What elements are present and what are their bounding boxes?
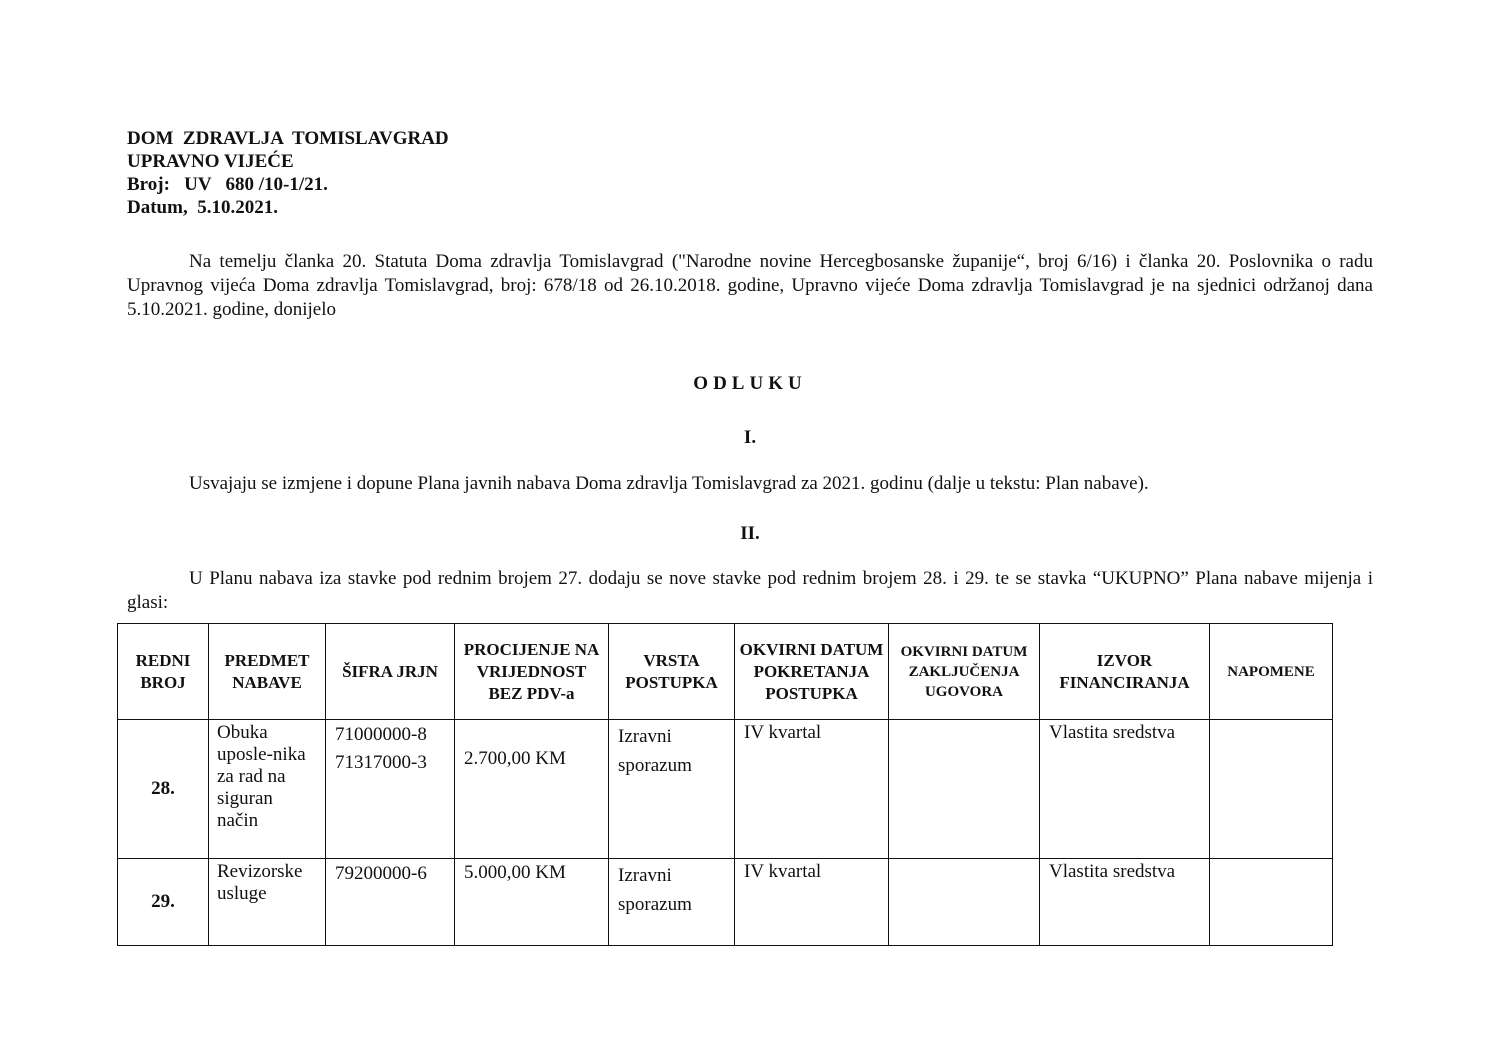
- section-1-text: Usvajaju se izmjene i dopune Plana javni…: [189, 473, 1149, 494]
- cell-pokretanje: IV kvartal: [735, 720, 889, 859]
- header-napomene: NAPOMENE: [1210, 624, 1333, 720]
- header-sifra-jrjn: ŠIFRA JRJN: [326, 624, 455, 720]
- cpv-code: 79200000-6: [335, 860, 445, 888]
- preamble-text: Na temelju članka 20. Statuta Doma zdrav…: [127, 251, 1373, 320]
- header-redni-broj: REDNI BROJ: [118, 624, 209, 720]
- cell-redni-broj: 28.: [118, 720, 209, 859]
- cell-zakljucenje: [889, 720, 1040, 859]
- cell-vrsta: Izravni sporazum: [609, 720, 735, 859]
- header-izvor-financiranja: IZVOR FINANCIRANJA: [1040, 624, 1210, 720]
- cell-izvor: Vlastita sredstva: [1040, 720, 1210, 859]
- cpv-code: 71000000-8: [335, 721, 445, 749]
- section-1-paragraph: Usvajaju se izmjene i dopune Plana javni…: [127, 472, 1373, 496]
- cell-vrijednost: 2.700,00 KM: [455, 720, 609, 859]
- cell-vrijednost: 5.000,00 KM: [455, 859, 609, 946]
- table-row: 29. Revizorske usluge 79200000-6 5.000,0…: [118, 859, 1333, 946]
- cell-predmet: Obuka uposle-nika za rad na siguran nači…: [209, 720, 326, 859]
- section-2-text: U Planu nabava iza stavke pod rednim bro…: [127, 568, 1373, 613]
- cell-pokretanje: IV kvartal: [735, 859, 889, 946]
- cell-sifre: 79200000-6: [326, 859, 455, 946]
- section-2-paragraph: U Planu nabava iza stavke pod rednim bro…: [127, 567, 1373, 615]
- document-number: Broj: UV 680 /10-1/21.: [127, 173, 449, 196]
- cell-napomene: [1210, 720, 1333, 859]
- header-datum-pokretanja: OKVIRNI DATUM POKRETANJA POSTUPKA: [735, 624, 889, 720]
- cell-vrsta: Izravni sporazum: [609, 859, 735, 946]
- procurement-plan-table: REDNI BROJ PREDMET NABAVE ŠIFRA JRJN PRO…: [117, 623, 1333, 946]
- document-header: DOM ZDRAVLJA TOMISLAVGRAD UPRAVNO VIJEĆE…: [127, 127, 449, 219]
- institution-name: DOM ZDRAVLJA TOMISLAVGRAD: [127, 127, 449, 150]
- table-row: 28. Obuka uposle-nika za rad na siguran …: [118, 720, 1333, 859]
- table-header-row: REDNI BROJ PREDMET NABAVE ŠIFRA JRJN PRO…: [118, 624, 1333, 720]
- header-predmet-nabave: PREDMET NABAVE: [209, 624, 326, 720]
- cpv-code: 71317000-3: [335, 749, 445, 777]
- cell-sifre: 71000000-8 71317000-3: [326, 720, 455, 859]
- cell-napomene: [1210, 859, 1333, 946]
- header-procijenjena-vrijednost: PROCIJENJE NA VRIJEDNOST BEZ PDV-a: [455, 624, 609, 720]
- section-1-numeral: I.: [0, 427, 1500, 449]
- header-vrsta-postupka: VRSTA POSTUPKA: [609, 624, 735, 720]
- decision-title: ODLUKU: [0, 373, 1500, 395]
- cell-redni-broj: 29.: [118, 859, 209, 946]
- cell-predmet: Revizorske usluge: [209, 859, 326, 946]
- preamble-paragraph: Na temelju članka 20. Statuta Doma zdrav…: [127, 250, 1373, 322]
- cell-izvor: Vlastita sredstva: [1040, 859, 1210, 946]
- section-2-numeral: II.: [0, 523, 1500, 545]
- cell-zakljucenje: [889, 859, 1040, 946]
- header-datum-zakljucenja: OKVIRNI DATUM ZAKLJUČENJA UGOVORA: [889, 624, 1040, 720]
- governing-body: UPRAVNO VIJEĆE: [127, 150, 449, 173]
- document-date: Datum, 5.10.2021.: [127, 196, 449, 219]
